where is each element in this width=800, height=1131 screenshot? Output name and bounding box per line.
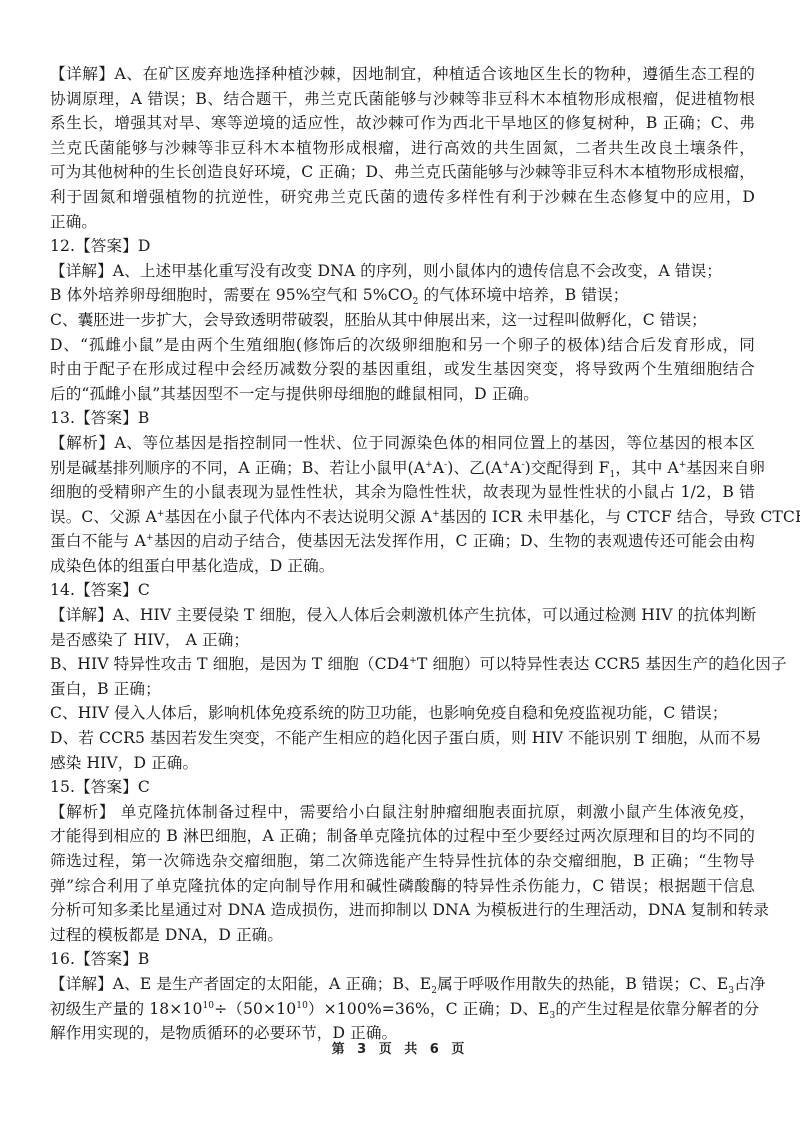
text-line: 弹”综合利用了单克隆抗体的定向制导作用和碱性磷酸酶的特异性杀伤能力，C 错误；根… — [50, 874, 755, 899]
text-line: 正确。 — [50, 210, 755, 235]
answer-heading: 13.【答案】B — [50, 406, 755, 431]
section-q13: 13.【答案】B【解析】A、等位基因是指控制同一性状、位于同源染色体的相同位置上… — [50, 406, 755, 578]
page-number-footer: 第 3 页 共 6 页 — [0, 1038, 800, 1057]
answer-heading: 14.【答案】C — [50, 578, 755, 603]
text-line: C、HIV 侵入人体后，影响机体免疫系统的防卫功能，也影响免疫自稳和免疫监视功能… — [50, 701, 755, 726]
text-line: 初级生产量的 18×1010÷（50×1010）×100%=36%，C 正确；D… — [50, 997, 755, 1022]
text-line: 【详解】A、在矿区废弃地选择种植沙棘，因地制宜，种植适合该地区生长的物种，遵循生… — [50, 62, 755, 87]
text-line: 【详解】A、上述甲基化重写没有改变 DNA 的序列，则小鼠体内的遗传信息不会改变… — [50, 259, 755, 284]
text-line: 【解析】 单克隆抗体制备过程中，需要给小白鼠注射肿瘤细胞表面抗原，刺激小鼠产生体… — [50, 800, 755, 825]
text-line: B、HIV 特异性攻击 T 细胞，是因为 T 细胞（CD4+T 细胞）可以特异性… — [50, 652, 755, 677]
text-line: 可为其他树种的生长创造良好环境，C 正确；D、弗兰克氏菌能够与沙棘等非豆科木本植… — [50, 160, 755, 185]
section-q12: 12.【答案】D【详解】A、上述甲基化重写没有改变 DNA 的序列，则小鼠体内的… — [50, 234, 755, 406]
text-line: D、若 CCR5 基因若发生突变，不能产生相应的趋化因子蛋白质，则 HIV 不能… — [50, 726, 755, 751]
text-line: 时由于配子在形成过程中会经历减数分裂的基因重组，或发生基因突变，将导致两个生殖细… — [50, 357, 755, 382]
text-line: 【详解】A、HIV 主要侵染 T 细胞，侵入人体后会刺激机体产生抗体，可以通过检… — [50, 603, 755, 628]
text-line: 【解析】A、等位基因是指控制同一性状、位于同源染色体的相同位置上的基因，等位基因… — [50, 431, 755, 456]
text-line: 感染 HIV，D 正确。 — [50, 751, 755, 776]
text-line: 成染色体的组蛋白甲基化造成，D 正确。 — [50, 554, 755, 579]
text-line: 【详解】A、E 是生产者固定的太阳能，A 正确；B、E2属于呼吸作用散失的热能，… — [50, 972, 755, 997]
text-line: 过程的模板都是 DNA，D 正确。 — [50, 923, 755, 948]
text-line: 才能得到相应的 B 淋巴细胞，A 正确；制备单克隆抗体的过程中至少要经过两次原理… — [50, 824, 755, 849]
text-line: 兰克氏菌能够与沙棘等非豆科木本植物形成根瘤，进行高效的共生固氮，二者共生改良土壤… — [50, 136, 755, 161]
text-line: 蛋白不能与 A+基因的启动子结合，使基因无法发挥作用，C 正确；D、生物的表观遗… — [50, 529, 755, 554]
text-line: D、“孤雌小鼠”是由两个生殖细胞(修饰后的次级卵细胞和另一个卵子的极体)结合后发… — [50, 333, 755, 358]
text-line: 系生长，增强其对旱、寒等逆境的适应性，故沙棘可作为西北干旱地区的修复树种，B 正… — [50, 111, 755, 136]
section-q11-explanation: 【详解】A、在矿区废弃地选择种植沙棘，因地制宜，种植适合该地区生长的物种，遵循生… — [50, 62, 755, 234]
text-line: 利于固氮和增强植物的抗逆性，研究弗兰克氏菌的遗传多样性有利于沙棘在生态修复中的应… — [50, 185, 755, 210]
answer-heading: 16.【答案】B — [50, 947, 755, 972]
text-line: 分析可知多柔比星通过对 DNA 造成损伤，进而抑制以 DNA 为模板进行的生理活… — [50, 898, 755, 923]
text-line: 别是碱基排列顺序的不同，A 正确；B、若让小鼠甲(A+A-)、乙(A+A-)交配… — [50, 456, 755, 481]
text-line: 是否感染了 HIV， A 正确； — [50, 628, 755, 653]
text-line: B 体外培养卵母细胞时，需要在 95%空气和 5%CO2 的气体环境中培养，B … — [50, 283, 755, 308]
text-line: C、囊胚进一步扩大，会导致透明带破裂，胚胎从其中伸展出来，这一过程叫做孵化，C … — [50, 308, 755, 333]
document-body: 【详解】A、在矿区废弃地选择种植沙棘，因地制宜，种植适合该地区生长的物种，遵循生… — [50, 62, 755, 1046]
text-line: 蛋白，B 正确； — [50, 677, 755, 702]
answer-heading: 12.【答案】D — [50, 234, 755, 259]
section-q15: 15.【答案】C【解析】 单克隆抗体制备过程中，需要给小白鼠注射肿瘤细胞表面抗原… — [50, 775, 755, 947]
text-line: 筛选过程，第一次筛选杂交瘤细胞，第二次筛选能产生特异性抗体的杂交瘤细胞，B 正确… — [50, 849, 755, 874]
section-q16: 16.【答案】B【详解】A、E 是生产者固定的太阳能，A 正确；B、E2属于呼吸… — [50, 947, 755, 1045]
text-line: 后的“孤雌小鼠”其基因型不一定与提供卵母细胞的雌鼠相同，D 正确。 — [50, 382, 755, 407]
answer-heading: 15.【答案】C — [50, 775, 755, 800]
text-line: 误。C、父源 A+基因在小鼠子代体内不表达说明父源 A+基因的 ICR 未甲基化… — [50, 505, 755, 530]
section-q14: 14.【答案】C【详解】A、HIV 主要侵染 T 细胞，侵入人体后会刺激机体产生… — [50, 578, 755, 775]
text-line: 细胞的受精卵产生的小鼠表现为显性性状，其余为隐性性状，故表现为显性性状的小鼠占 … — [50, 480, 755, 505]
text-line: 协调原理，A 错误；B、结合题干，弗兰克氏菌能够与沙棘等非豆科木本植物形成根瘤，… — [50, 87, 755, 112]
